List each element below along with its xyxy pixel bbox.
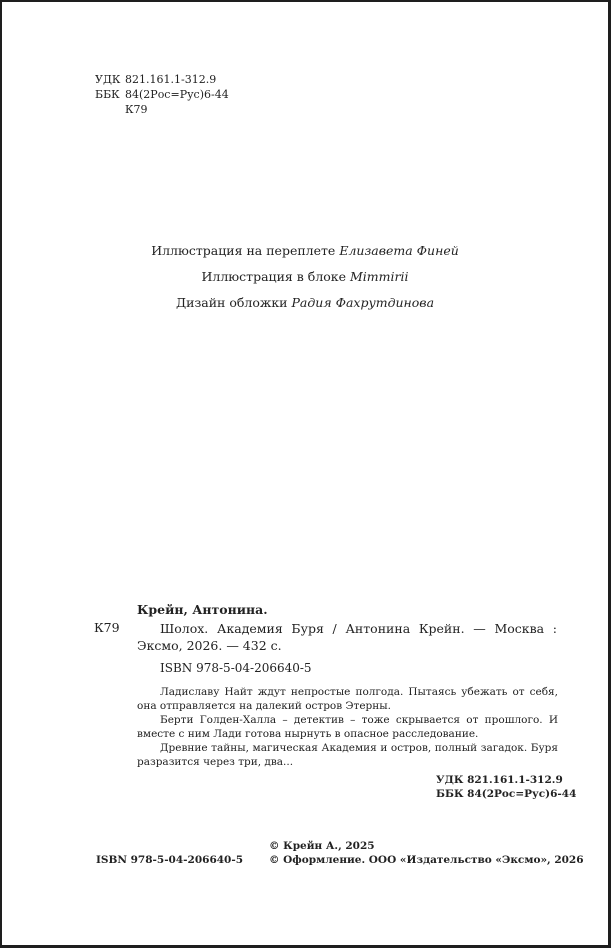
imprint-page: УДК 821.161.1-312.9 ББК 84(2Рос=Рус)6-44… [2, 2, 608, 945]
udk-label: УДК [95, 72, 125, 87]
author-sign: К79 [125, 102, 148, 117]
copyright-design: © Оформление. ООО «Издательство «Эксмо»,… [269, 853, 584, 867]
annotation-paragraph: Берти Голден-Халла – детектив – тоже скр… [137, 713, 558, 741]
bbk-label: ББК [95, 87, 125, 102]
biblio-description: Шолох. Академия Буря / Антонина Крейн. —… [137, 620, 557, 654]
classification-top: УДК 821.161.1-312.9 ББК 84(2Рос=Рус)6-44… [95, 72, 229, 117]
annotation: Ладиславу Найт ждут непростые полгода. П… [137, 685, 558, 769]
copyright: © Крейн А., 2025 © Оформление. ООО «Изда… [269, 839, 584, 867]
biblio-author-sign: К79 [94, 620, 120, 635]
bbk-bottom: ББК 84(2Рос=Рус)6-44 [436, 787, 576, 801]
udk-bottom: УДК 821.161.1-312.9 [436, 773, 576, 787]
copyright-author: © Крейн А., 2025 [269, 839, 584, 853]
biblio-author: Крейн, Антонина. [137, 602, 268, 617]
credit-cover-design: Дизайн обложки Радия Фахрутдинова [2, 290, 608, 316]
udk-value: 821.161.1-312.9 [125, 72, 216, 87]
annotation-paragraph: Древние тайны, магическая Академия и ост… [137, 741, 558, 769]
classification-bottom: УДК 821.161.1-312.9 ББК 84(2Рос=Рус)6-44 [436, 773, 576, 801]
biblio-isbn: ISBN 978-5-04-206640-5 [160, 661, 312, 675]
footer-isbn: ISBN 978-5-04-206640-5 [96, 853, 243, 867]
credits: Иллюстрация на переплете Елизавета Финей… [2, 238, 608, 316]
bbk-value: 84(2Рос=Рус)6-44 [125, 87, 229, 102]
annotation-paragraph: Ладиславу Найт ждут непростые полгода. П… [137, 685, 558, 713]
credit-block-illustration: Иллюстрация в блоке Mimmirii [2, 264, 608, 290]
credit-cover-illustration: Иллюстрация на переплете Елизавета Финей [2, 238, 608, 264]
